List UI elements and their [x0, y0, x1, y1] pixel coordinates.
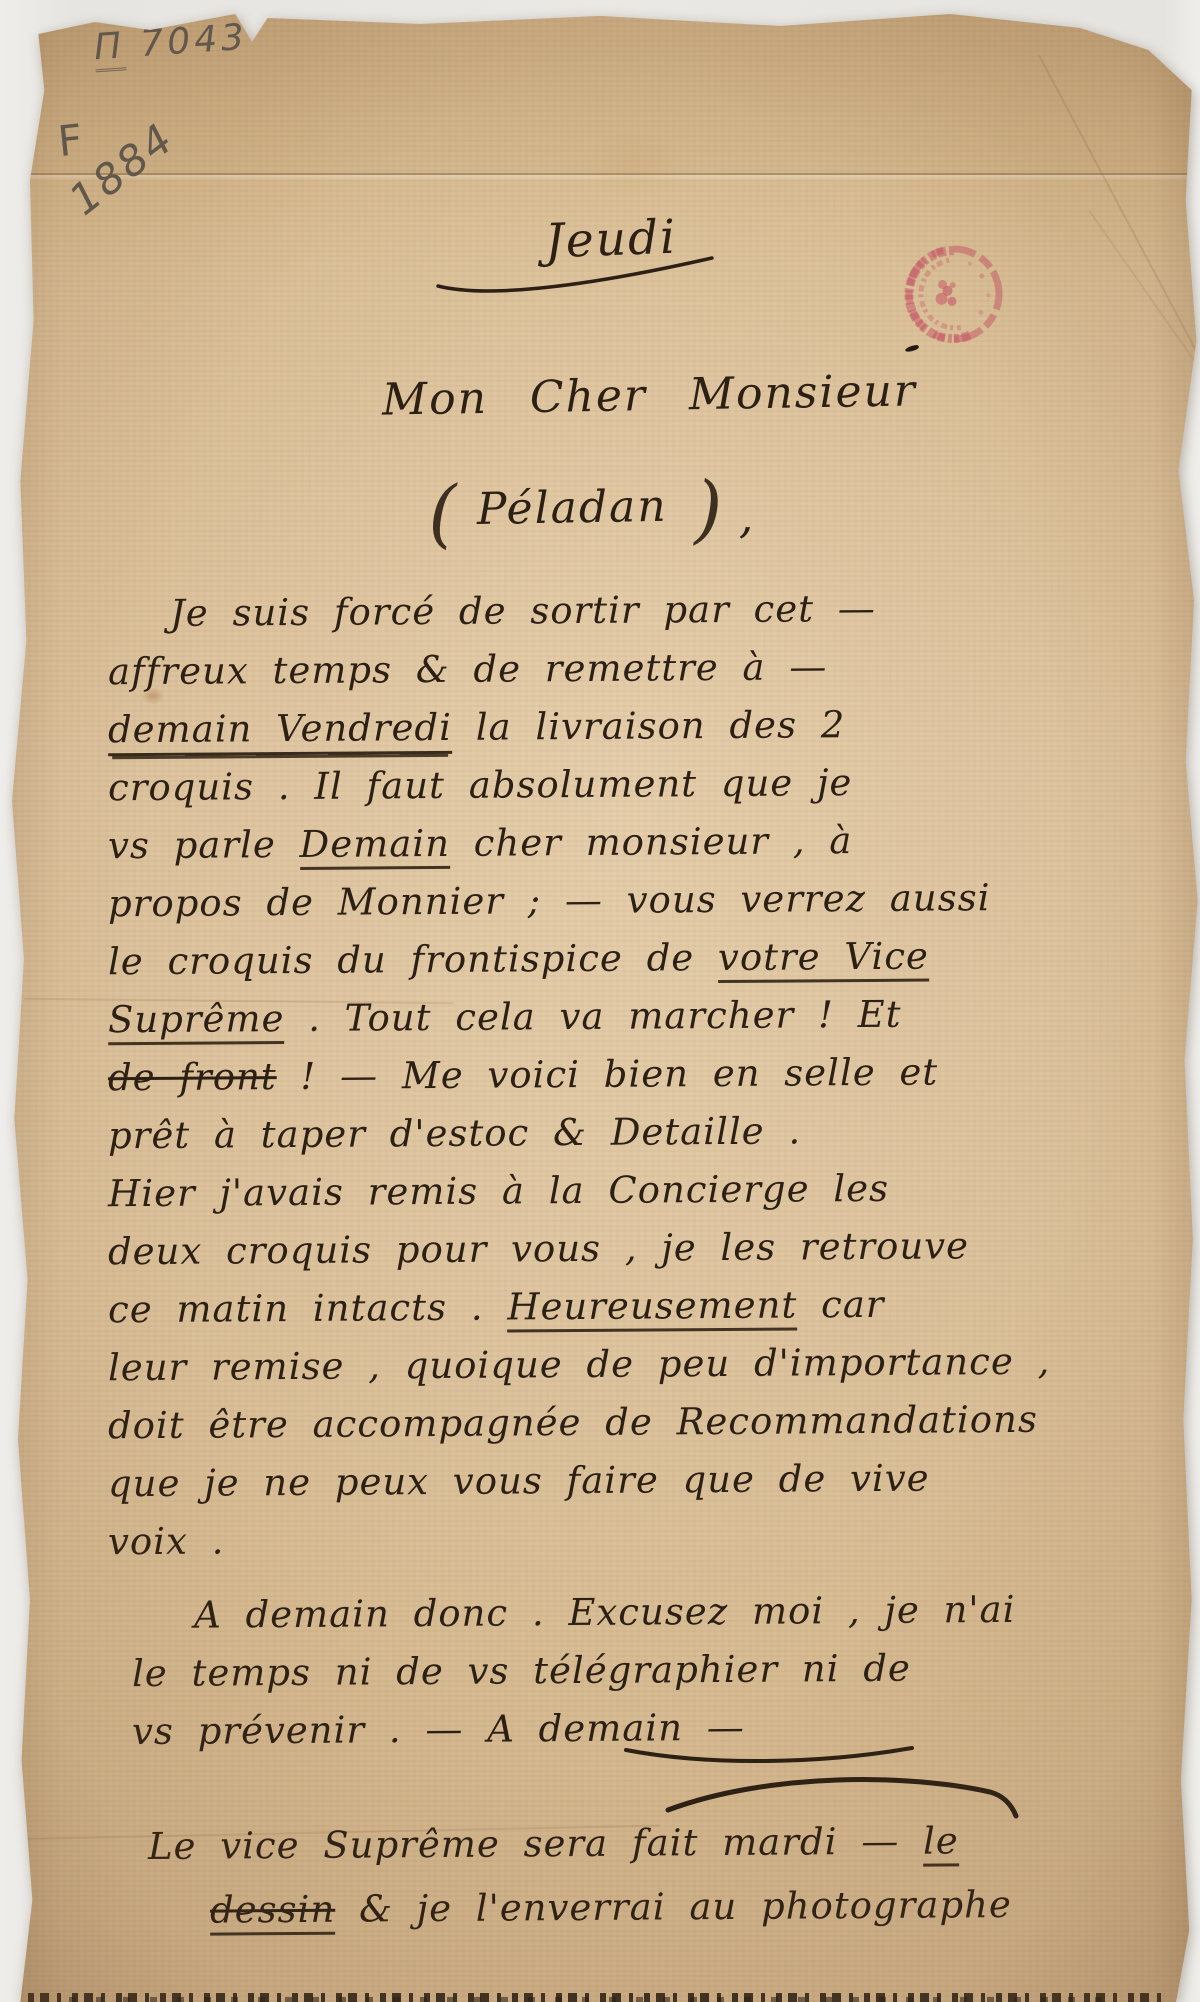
text-segment: ce matin intacts .	[108, 1286, 508, 1332]
text-segment: voix .	[108, 1519, 225, 1563]
handwritten-line: vs prévenir . — A demain —	[132, 1697, 1016, 1761]
text-segment: affreux temps & de remettre à —	[108, 645, 828, 693]
crease-line	[24, 998, 454, 1005]
handwritten-line: ce matin intacts . Heureusement car	[108, 1275, 1051, 1340]
handwritten-line: de front ! — Me voici bien en selle et	[108, 1043, 1051, 1108]
handwritten-line: Suprême . Tout cela va marcher ! Et	[108, 985, 1051, 1050]
date-underline-flourish	[430, 248, 720, 298]
classification-letter-pencil: F	[56, 115, 85, 166]
inventory-prefix: Π	[93, 25, 127, 72]
text-segment: cher monsieur , à	[450, 819, 853, 865]
letter-body: Je suis forcé de sortir par cet —affreux…	[108, 582, 1050, 1568]
handwritten-line: deux croquis pour vous , je les retrouve	[108, 1217, 1051, 1282]
text-segment: Suprême	[108, 997, 285, 1045]
crease-line	[1088, 210, 1200, 400]
text-segment: Heureusement	[507, 1283, 797, 1332]
salutation-name-line: ( Péladan ) ,	[427, 459, 756, 555]
recipient-name: Péladan	[476, 480, 668, 534]
inventory-number: 7043	[139, 17, 249, 65]
text-segment: & je l'enverrai au photographe	[335, 1883, 1012, 1931]
text-segment: la livraison des 2	[452, 703, 846, 749]
inventory-number-pencil: Π 7043	[93, 17, 250, 73]
top-fold-strip	[0, 0, 1200, 175]
text-segment: Demain	[299, 822, 450, 870]
ink-speck	[905, 344, 920, 352]
cropped-text-edge	[60, 1997, 1110, 2002]
crease-line	[20, 1825, 660, 1840]
handwritten-line: vs parle Demain cher monsieur , à	[108, 811, 1051, 876]
handwritten-line: Je suis forcé de sortir par cet —	[108, 579, 1051, 644]
text-segment: car	[797, 1283, 885, 1327]
handwritten-line: Le vice Suprême sera fait mardi — le	[148, 1809, 1012, 1879]
cropped-text-edge	[28, 1993, 1168, 2002]
salutation-comma: ,	[738, 489, 756, 543]
handwritten-line: le croquis du frontispice de votre Vice	[108, 927, 1051, 992]
handwritten-line: leur remise , quoique de peu d'importanc…	[108, 1333, 1051, 1398]
text-segment: leur remise , quoique de peu d'importanc…	[108, 1340, 1051, 1390]
text-segment: le croquis du frontispice de	[108, 936, 718, 983]
handwritten-line: A demain donc . Excusez moi , je n'ai	[132, 1581, 1016, 1645]
stain-spot	[580, 130, 690, 200]
separator-arc-flourish	[660, 1766, 1030, 1822]
text-segment: vs prévenir . — A demain —	[132, 1706, 745, 1753]
handwritten-line: propos de Monnier ; — vous verrez aussi	[108, 869, 1051, 934]
salutation-line: Mon Cher Monsieur	[382, 365, 918, 425]
handwritten-line: Hier j'avais remis à la Concierge les	[108, 1159, 1051, 1224]
text-segment: doit être accompagnée de Recommandations	[108, 1398, 1038, 1447]
handwritten-line: dessin & je l'enverrai au photographe	[148, 1873, 1012, 1943]
handwritten-line: demain Vendredi la livraison des 2	[108, 695, 1051, 760]
open-paren-flourish: (	[427, 468, 459, 559]
text-segment: Je suis forcé de sortir par cet —	[170, 587, 876, 635]
date-line: Jeudi	[544, 210, 678, 270]
text-segment: vs parle	[108, 823, 300, 867]
handwritten-line: croquis . Il faut absolument que je	[108, 753, 1051, 818]
close-paren-flourish: )	[693, 464, 725, 555]
text-segment: demain Vendredi	[108, 706, 452, 756]
text-segment: ! — Me voici bien en selle et	[277, 1050, 939, 1098]
crease-line	[1038, 55, 1200, 391]
letter-postscript: Le vice Suprême sera fait mardi — ledess…	[148, 1812, 1012, 1940]
text-segment: prêt à taper d'estoc & Detaille .	[108, 1109, 801, 1157]
text-segment: le	[923, 1819, 959, 1866]
text-segment: le temps ni de vs télégraphier ni de	[132, 1647, 911, 1695]
text-segment: de front	[108, 1055, 277, 1099]
handwritten-line: affreux temps & de remettre à —	[108, 637, 1051, 702]
text-segment: croquis . Il faut absolument que je	[108, 761, 853, 809]
text-segment: . Tout cela va marcher ! Et	[284, 993, 901, 1040]
closing-dash-flourish	[620, 1736, 920, 1776]
text-segment: votre Vice	[718, 935, 929, 983]
text-segment: propos de Monnier ; — vous verrez aussi	[108, 876, 991, 925]
text-segment: deux croquis pour vous , je les retrouve	[108, 1224, 969, 1273]
text-segment: Le vice Suprême sera fait mardi —	[148, 1820, 923, 1868]
text-segment: A demain donc . Excusez moi , je n'ai	[194, 1588, 1016, 1637]
letter-paper: Π 7043 F 1884	[0, 0, 1200, 2002]
text-segment: dessin	[210, 1888, 336, 1936]
letter-closing: A demain donc . Excusez moi , je n'aile …	[132, 1584, 1016, 1758]
handwritten-line: que je ne peux vous faire que de vive	[108, 1449, 1051, 1514]
stain-spot	[142, 688, 164, 704]
handwritten-line: doit être accompagnée de Recommandations	[108, 1391, 1051, 1456]
stain-spot	[408, 392, 422, 402]
handwritten-line: le temps ni de vs télégraphier ni de	[132, 1639, 1016, 1703]
letter-paper-wrapper: Π 7043 F 1884	[0, 0, 1200, 2002]
handwritten-line: voix .	[108, 1507, 1051, 1572]
red-collection-stamp-icon	[891, 231, 1017, 357]
year-annotation-pencil: 1884	[60, 113, 184, 225]
text-segment: que je ne peux vous faire que de vive	[108, 1457, 930, 1506]
handwritten-line: prêt à taper d'estoc & Detaille .	[108, 1101, 1051, 1166]
text-segment: Hier j'avais remis à la Concierge les	[108, 1167, 889, 1215]
